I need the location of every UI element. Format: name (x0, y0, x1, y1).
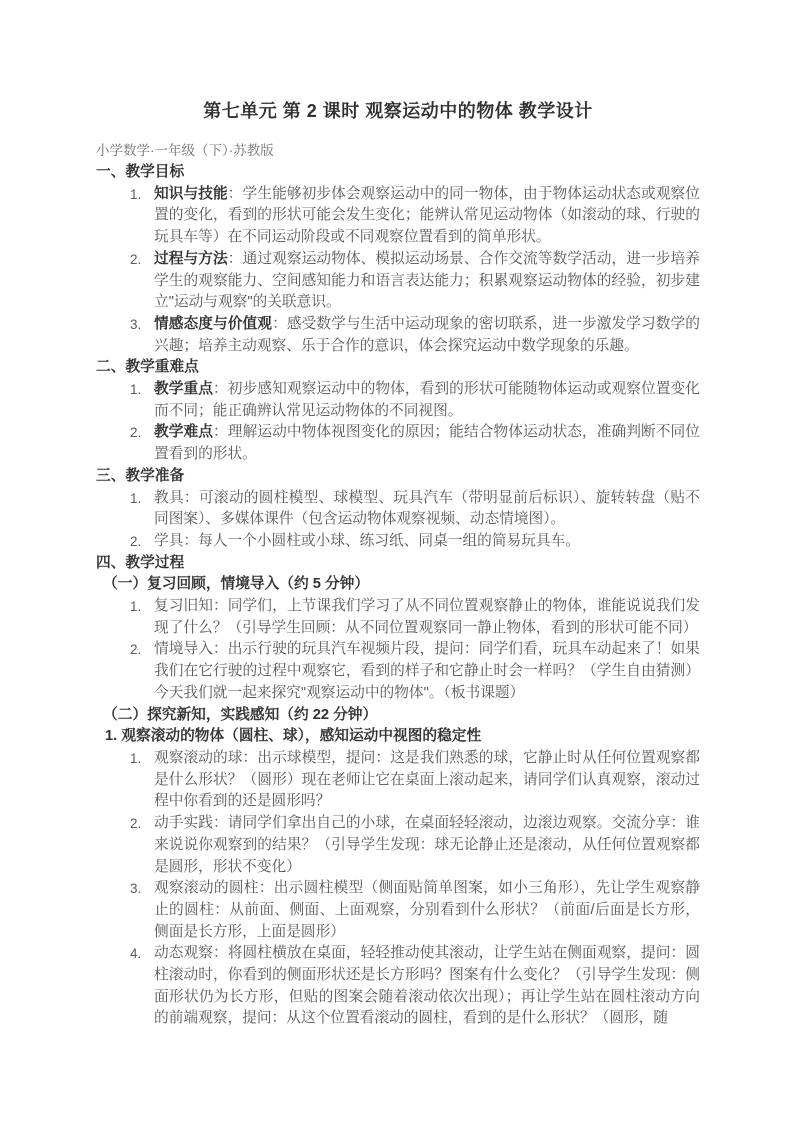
teaching-preparation-list: 1. 教具：可滚动的圆柱模型、球模型、玩具汽车（带明显前后标识）、旋转转盘（贴不… (96, 488, 700, 553)
list-item: 3. 情感态度与价值观：感受数学与生活中运动现象的密切联系，进一步激发学习数学的… (96, 314, 700, 357)
list-item: 3. 观察滚动的圆柱：出示圆柱模型（侧面贴简单图案，如小三角形），先让学生观察静… (96, 878, 700, 943)
item-body: 动态观察：将圆柱横放在桌面，轻轻推动使其滚动，让学生站在侧面观察，提问：圆柱滚动… (154, 945, 700, 1026)
item-body: ：理解运动中物体视图变化的原因；能结合物体运动状态，准确判断不同位置看到的形状。 (154, 424, 700, 462)
document-subtitle: 小学数学·一年级（下）·苏教版 (96, 141, 700, 160)
list-item: 4. 动态观察：将圆柱横放在桌面，轻轻推动使其滚动，让学生站在侧面观察，提问：圆… (96, 943, 700, 1030)
item-text: 复习旧知：同学们，上节课我们学习了从不同位置观察静止的物体，谁能说说我们发现了什… (154, 596, 700, 639)
list-item: 1. 观察滚动的球：出示球模型，提问：这是我们熟悉的球，它静止时从任何位置观察都… (96, 748, 700, 813)
item-number: 2. (130, 422, 154, 444)
section-heading-key-difficult-points: 二、教学重难点 (96, 357, 700, 379)
item-number: 1. (130, 379, 154, 401)
item-number: 1. (130, 596, 154, 618)
item-text: 情感态度与价值观：感受数学与生活中运动现象的密切联系，进一步激发学习数学的兴趣；… (154, 314, 700, 357)
list-item: 1. 复习旧知：同学们，上节课我们学习了从不同位置观察静止的物体，谁能说说我们发… (96, 596, 700, 639)
item-number: 3. (130, 878, 154, 900)
item-text: 教学难点：理解运动中物体视图变化的原因；能结合物体运动状态，准确判断不同位置看到… (154, 422, 700, 465)
list-item: 2. 教学难点：理解运动中物体视图变化的原因；能结合物体运动状态，准确判断不同位… (96, 422, 700, 465)
key-difficult-points-list: 1. 教学重点：初步感知观察运动中的物体，看到的形状可能随物体运动或观察位置变化… (96, 379, 700, 466)
document-page: 第七单元 第 2 课时 观察运动中的物体 教学设计 小学数学·一年级（下）·苏教… (0, 0, 794, 1123)
item-text: 观察滚动的圆柱：出示圆柱模型（侧面贴简单图案，如小三角形），先让学生观察静止的圆… (154, 878, 700, 943)
item-text: 观察滚动的球：出示球模型，提问：这是我们熟悉的球，它静止时从任何位置观察都是什么… (154, 748, 700, 813)
subsection-heading-explore-new-knowledge: （二）探究新知，实践感知（约 22 分钟） (103, 705, 700, 727)
item-body: 教具：可滚动的圆柱模型、球模型、玩具汽车（带明显前后标识）、旋转转盘（贴不同图案… (154, 490, 700, 528)
item-lead: 知识与技能 (154, 186, 228, 202)
explore-activity-list: 1. 观察滚动的球：出示球模型，提问：这是我们熟悉的球，它静止时从任何位置观察都… (96, 748, 700, 1030)
item-body: 学具：每人一个小圆柱或小球、练习纸、同桌一组的简易玩具车。 (154, 533, 580, 549)
item-number: 3. (130, 314, 154, 336)
list-item: 2. 动手实践：请同学们拿出自己的小球，在桌面轻轻滚动，边滚边观察。交流分享：谁… (96, 813, 700, 878)
section-heading-teaching-goals: 一、教学目标 (96, 162, 700, 184)
item-text: 教学重点：初步感知观察运动中的物体，看到的形状可能随物体运动或观察位置变化而不同… (154, 379, 700, 422)
review-intro-list: 1. 复习旧知：同学们，上节课我们学习了从不同位置观察静止的物体，谁能说说我们发… (96, 596, 700, 705)
item-text: 情境导入：出示行驶的玩具汽车视频片段，提问：同学们看，玩具车动起来了！如果我们在… (154, 639, 700, 704)
item-number: 2. (130, 639, 154, 661)
item-number: 1. (130, 488, 154, 510)
page-title: 第七单元 第 2 课时 观察运动中的物体 教学设计 (96, 98, 700, 124)
item-number: 2. (130, 531, 154, 553)
item-body: ：初步感知观察运动中的物体，看到的形状可能随物体运动或观察位置变化而不同；能正确… (154, 381, 700, 419)
item-text: 动态观察：将圆柱横放在桌面，轻轻推动使其滚动，让学生站在侧面观察，提问：圆柱滚动… (154, 943, 700, 1030)
item-number: 1. (130, 748, 154, 770)
item-number: 4. (130, 943, 154, 965)
section-heading-teaching-process: 四、教学过程 (96, 553, 700, 575)
item-number: 1. (130, 184, 154, 206)
item-text: 教具：可滚动的圆柱模型、球模型、玩具汽车（带明显前后标识）、旋转转盘（贴不同图案… (154, 488, 700, 531)
item-text: 学具：每人一个小圆柱或小球、练习纸、同桌一组的简易玩具车。 (154, 531, 700, 553)
item-lead: 过程与方法 (154, 251, 228, 267)
list-item: 1. 知识与技能：学生能够初步体会观察运动中的同一物体，由于物体运动状态或观察位… (96, 184, 700, 249)
activity-heading-observe-rolling-objects: 1. 观察滚动的物体（圆柱、球），感知运动中视图的稳定性 (105, 726, 700, 748)
section-heading-teaching-preparation: 三、教学准备 (96, 466, 700, 488)
list-item: 2. 情境导入：出示行驶的玩具汽车视频片段，提问：同学们看，玩具车动起来了！如果… (96, 639, 700, 704)
item-text: 过程与方法：通过观察运动物体、模拟运动场景、合作交流等数学活动，进一步培养学生的… (154, 249, 700, 314)
list-item: 1. 教具：可滚动的圆柱模型、球模型、玩具汽车（带明显前后标识）、旋转转盘（贴不… (96, 488, 700, 531)
item-body: ：通过观察运动物体、模拟运动场景、合作交流等数学活动，进一步培养学生的观察能力、… (154, 251, 700, 310)
item-number: 2. (130, 249, 154, 271)
item-lead: 教学难点 (154, 424, 213, 440)
item-lead: 教学重点 (154, 381, 213, 397)
item-body: 观察滚动的圆柱：出示圆柱模型（侧面贴简单图案，如小三角形），先让学生观察静止的圆… (154, 880, 700, 939)
item-text: 知识与技能：学生能够初步体会观察运动中的同一物体，由于物体运动状态或观察位置的变… (154, 184, 700, 249)
item-body: 情境导入：出示行驶的玩具汽车视频片段，提问：同学们看，玩具车动起来了！如果我们在… (154, 641, 700, 700)
item-body: 动手实践：请同学们拿出自己的小球，在桌面轻轻滚动，边滚边观察。交流分享：谁来说说… (154, 815, 700, 874)
item-body: 复习旧知：同学们，上节课我们学习了从不同位置观察静止的物体，谁能说说我们发现了什… (154, 598, 700, 636)
teaching-goals-list: 1. 知识与技能：学生能够初步体会观察运动中的同一物体，由于物体运动状态或观察位… (96, 184, 700, 358)
item-body: 观察滚动的球：出示球模型，提问：这是我们熟悉的球，它静止时从任何位置观察都是什么… (154, 750, 700, 809)
list-item: 1. 教学重点：初步感知观察运动中的物体，看到的形状可能随物体运动或观察位置变化… (96, 379, 700, 422)
item-text: 动手实践：请同学们拿出自己的小球，在桌面轻轻滚动，边滚边观察。交流分享：谁来说说… (154, 813, 700, 878)
list-item: 2. 过程与方法：通过观察运动物体、模拟运动场景、合作交流等数学活动，进一步培养… (96, 249, 700, 314)
item-lead: 情感态度与价值观 (154, 316, 272, 332)
item-body: ：学生能够初步体会观察运动中的同一物体，由于物体运动状态或观察位置的变化，看到的… (154, 186, 700, 245)
item-number: 2. (130, 813, 154, 835)
subsection-heading-review-intro: （一）复习回顾，情境导入（约 5 分钟） (103, 574, 700, 596)
list-item: 2. 学具：每人一个小圆柱或小球、练习纸、同桌一组的简易玩具车。 (96, 531, 700, 553)
